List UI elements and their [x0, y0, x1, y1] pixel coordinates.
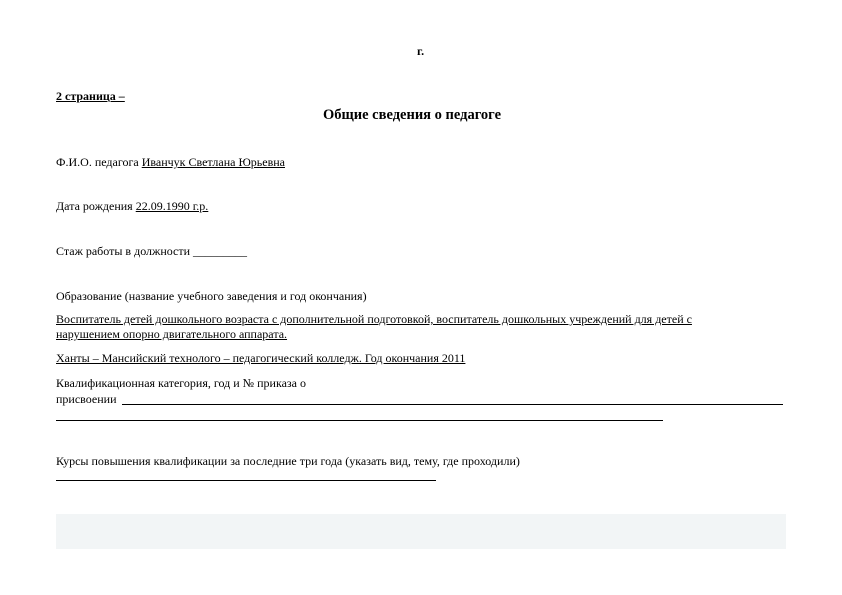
education-institution: Ханты – Мансийский технолого – педагогич… — [56, 351, 465, 365]
birth-date-label: Дата рождения — [56, 199, 136, 213]
year-suffix: г. — [417, 44, 424, 58]
birth-date-value: 22.09.1990 г.р. — [136, 199, 209, 213]
fio-label: Ф.И.О. педагога — [56, 155, 142, 169]
category-fill-line-2 — [56, 420, 663, 421]
page-label: 2 страница – — [56, 89, 125, 103]
category-label-line1: Квалификационная категория, год и № прик… — [56, 376, 306, 390]
education-label: Образование (название учебного заведения… — [56, 289, 367, 303]
experience-row: Стаж работы в должности _________ — [56, 244, 247, 258]
fio-row: Ф.И.О. педагога Иванчук Светлана Юрьевна — [56, 155, 285, 169]
page-title: Общие сведения о педагоге — [323, 107, 501, 124]
education-qualification-line2: нарушением опорно двигательного аппарата… — [56, 327, 287, 341]
courses-label: Курсы повышения квалификации за последни… — [56, 454, 520, 468]
birth-date-row: Дата рождения 22.09.1990 г.р. — [56, 199, 208, 213]
category-fill-line-1 — [122, 404, 783, 405]
education-qualification-line1: Воспитатель детей дошкольного возраста с… — [56, 312, 692, 326]
fio-value: Иванчук Светлана Юрьевна — [142, 155, 285, 169]
courses-fill-line — [56, 480, 436, 481]
blank-gray-area — [56, 514, 786, 549]
category-label-line2: присвоении — [56, 392, 117, 406]
experience-blank: _________ — [193, 244, 247, 258]
experience-label: Стаж работы в должности — [56, 244, 193, 258]
